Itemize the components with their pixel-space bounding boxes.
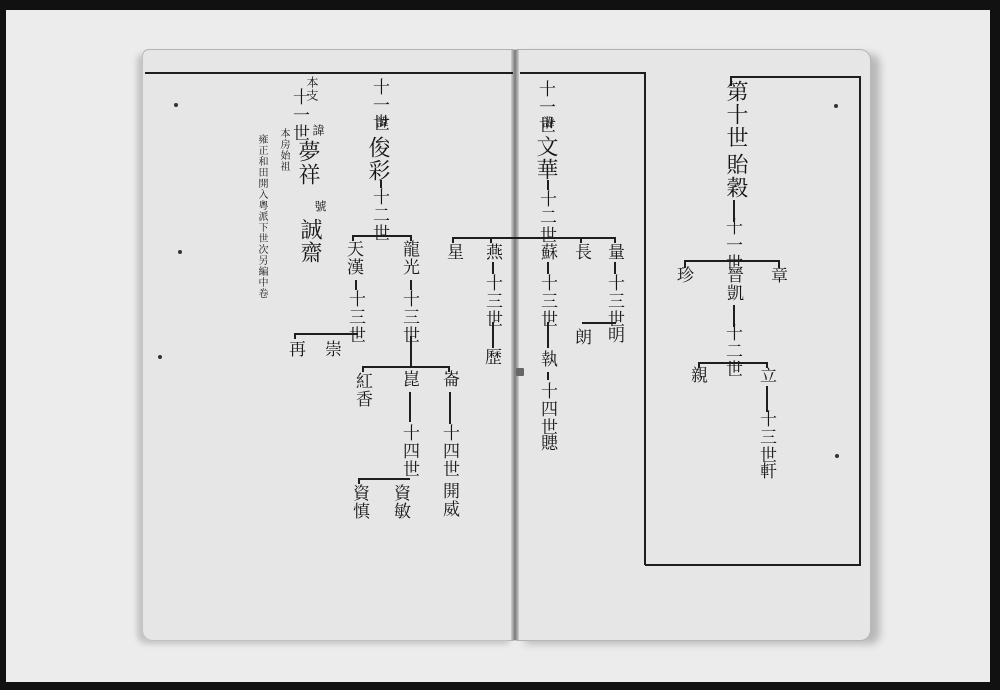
side-note: 雍正和田開入粵派下世次另編中卷 bbox=[256, 134, 266, 299]
frame-bottom-line bbox=[645, 564, 861, 566]
connector-line bbox=[409, 392, 411, 422]
child-ming: 明 bbox=[605, 326, 622, 344]
su-gen14-label: 十四世 bbox=[538, 382, 555, 436]
connector-line bbox=[410, 280, 412, 290]
branch-line bbox=[294, 333, 358, 335]
paper-speck bbox=[178, 250, 182, 254]
branch-stub bbox=[294, 333, 296, 339]
su-gen13-label: 十三世 bbox=[538, 274, 555, 328]
middle-top-line bbox=[520, 72, 645, 74]
gen12-label-right: 十二世 bbox=[723, 324, 740, 378]
connector-line bbox=[766, 386, 768, 412]
paper-speck bbox=[158, 355, 162, 359]
gen11-label-right: 十一世 bbox=[723, 218, 740, 272]
child-zhang: 章 bbox=[768, 266, 785, 284]
child-tianhan: 天漢 bbox=[344, 240, 361, 276]
child-zhuan: 贃 bbox=[538, 434, 555, 452]
hao-mark: 號 bbox=[314, 200, 326, 213]
gen10-name: 貽穀 bbox=[724, 153, 746, 199]
child-su: 蘇 bbox=[538, 243, 555, 261]
wenhua-name: 文華 bbox=[534, 135, 556, 181]
child-li-history: 歷 bbox=[482, 348, 499, 366]
connector-line bbox=[547, 322, 549, 348]
left-top-line bbox=[145, 72, 513, 74]
child-chang: 長 bbox=[572, 243, 589, 261]
child-chong: 崇 bbox=[322, 340, 339, 358]
connector-line bbox=[547, 262, 549, 274]
longguang-gen13-label: 十三世 bbox=[400, 290, 417, 344]
paper-speck bbox=[834, 104, 838, 108]
frame-top-line bbox=[730, 76, 860, 78]
gen11-branch-line bbox=[684, 260, 780, 262]
child-zimin: 資敏 bbox=[391, 484, 408, 520]
right-page bbox=[515, 50, 870, 640]
connector-line bbox=[614, 262, 616, 274]
book-gutter bbox=[511, 50, 519, 640]
branch-line bbox=[362, 366, 450, 368]
paper-speck bbox=[835, 454, 839, 458]
connector-line bbox=[380, 180, 382, 188]
connector-line bbox=[492, 322, 494, 348]
lun-gen14-label: 十四世 bbox=[440, 424, 457, 478]
junca-name: 俊彩 bbox=[366, 136, 388, 182]
liang-gen13-label: 十三世 bbox=[605, 274, 622, 328]
child-zai: 再 bbox=[286, 340, 303, 358]
child-li: 立 bbox=[757, 366, 774, 384]
mengxiang-name: 夢祥 bbox=[296, 140, 318, 186]
frame-right-line bbox=[859, 76, 861, 564]
child-xuan: 軒 bbox=[757, 462, 774, 480]
branch-line bbox=[582, 322, 616, 324]
yan-gen13-label: 十三世 bbox=[483, 274, 500, 328]
gen12-branch-line bbox=[698, 362, 768, 364]
wenhua-branch-line bbox=[452, 237, 616, 239]
child-zhen: 珍 bbox=[674, 266, 691, 284]
child-longguang: 龍光 bbox=[400, 240, 417, 276]
child-lun: 崙 bbox=[440, 370, 457, 388]
tianhan-gen13-label: 十三世 bbox=[346, 290, 363, 344]
junca-taboo-mark: 諱 bbox=[376, 116, 388, 129]
child-liang: 量 bbox=[605, 243, 622, 261]
connector-line bbox=[547, 180, 549, 190]
gutter-mark bbox=[516, 368, 524, 376]
wenhua-gen12-label: 十二世 bbox=[537, 190, 554, 244]
connector-line bbox=[449, 392, 451, 424]
branch-line bbox=[352, 235, 412, 237]
child-xing: 星 bbox=[444, 243, 461, 261]
paper-speck bbox=[174, 103, 178, 107]
kun-gen14-label: 十四世 bbox=[400, 424, 417, 478]
gen13-label-right: 十三世 bbox=[757, 410, 774, 464]
branch-line bbox=[358, 478, 410, 480]
child-kun: 崑 bbox=[400, 370, 417, 388]
junca-gen12-label: 十二世 bbox=[370, 188, 387, 242]
mengxiang-hao: 誠齋 bbox=[298, 218, 320, 264]
child-zishen: 資慎 bbox=[350, 484, 367, 520]
connector-line bbox=[547, 372, 549, 380]
child-kaiwei: 開威 bbox=[440, 482, 457, 518]
founder-note: 本房始祖 bbox=[278, 128, 288, 172]
child-jinkai: 晉凱 bbox=[724, 266, 741, 302]
mengxiang-taboo-mark: 諱 bbox=[312, 124, 324, 137]
connector-line bbox=[492, 262, 494, 274]
connector-line bbox=[410, 336, 412, 366]
child-hongxiang: 紅香 bbox=[353, 372, 370, 408]
frame-divider-line bbox=[644, 72, 646, 565]
child-yan: 燕 bbox=[483, 243, 500, 261]
child-zhi: 執 bbox=[538, 350, 555, 368]
wenhua-taboo-mark: 諱 bbox=[542, 116, 554, 129]
child-qin: 親 bbox=[688, 366, 705, 384]
connector-line bbox=[355, 280, 357, 290]
child-lang: 朗 bbox=[572, 328, 589, 346]
gen10-label: 第十世 bbox=[724, 80, 746, 149]
mengxiang-gen11-label: 十一世 bbox=[290, 88, 307, 142]
